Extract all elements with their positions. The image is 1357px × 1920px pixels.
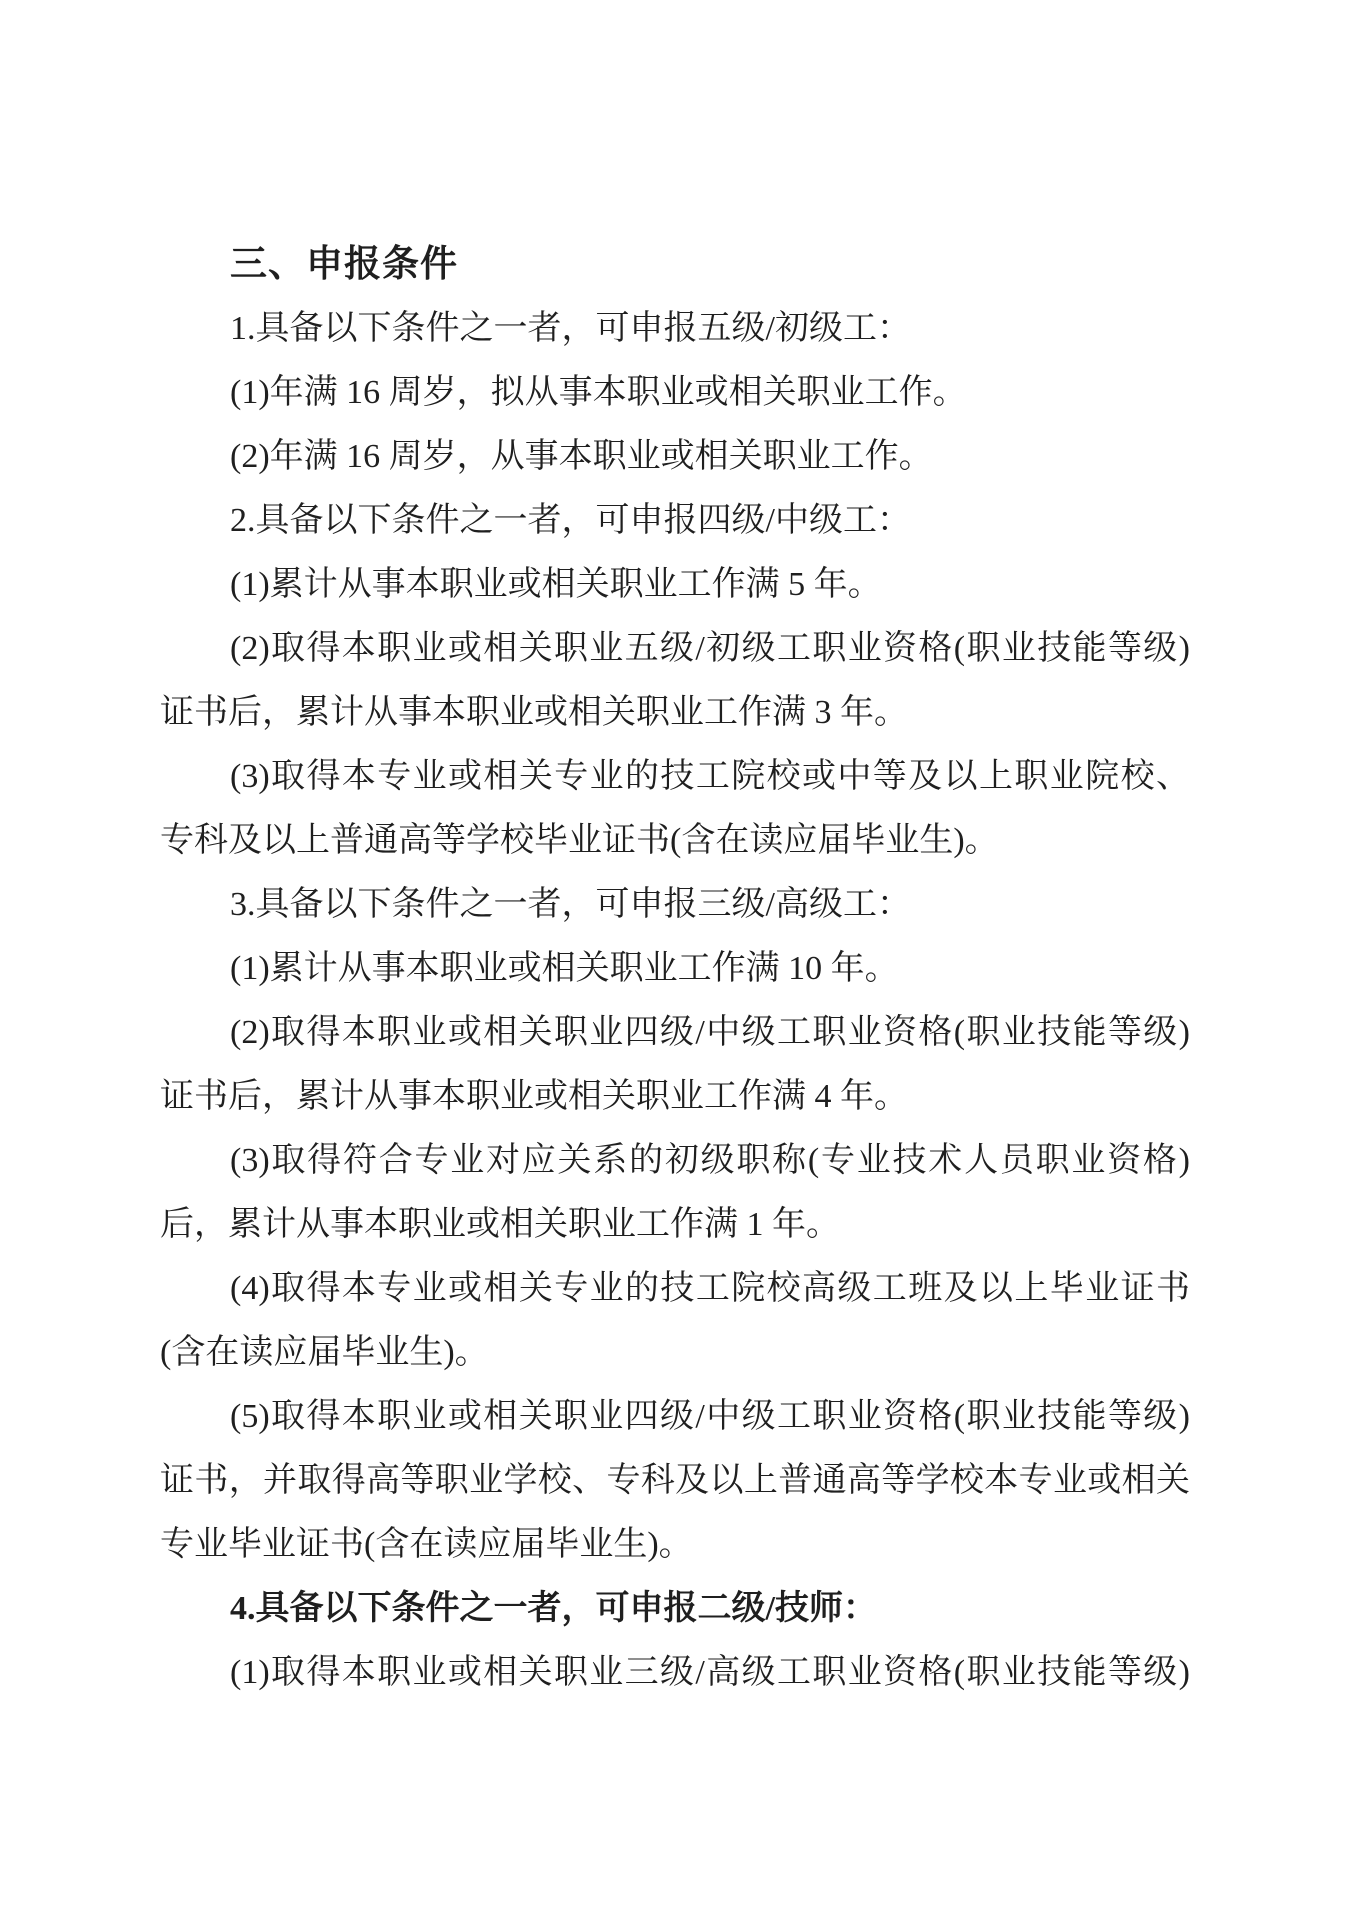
text-line: (2)取得本职业或相关职业五级/初级工职业资格(职业技能等级) [160,617,1190,681]
text-line: (2)取得本职业或相关职业四级/中级工职业资格(职业技能等级) [160,1001,1190,1065]
text-line: 1.具备以下条件之一者，可申报五级/初级工： [160,297,1190,361]
text-line: (3)取得本专业或相关专业的技工院校或中等及以上职业院校、 [160,745,1190,809]
text-line: (1)累计从事本职业或相关职业工作满 5 年。 [160,553,1190,617]
text-line: (1)累计从事本职业或相关职业工作满 10 年。 [160,937,1190,1001]
text-line: 后，累计从事本职业或相关职业工作满 1 年。 [160,1193,1190,1257]
text-line: (1)取得本职业或相关职业三级/高级工职业资格(职业技能等级) [160,1641,1190,1705]
text-line: 证书后，累计从事本职业或相关职业工作满 4 年。 [160,1065,1190,1129]
text-line: 3.具备以下条件之一者，可申报三级/高级工： [160,873,1190,937]
text-line: (1)年满 16 周岁，拟从事本职业或相关职业工作。 [160,361,1190,425]
text-block: 三、申报条件1.具备以下条件之一者，可申报五级/初级工：(1)年满 16 周岁，… [160,233,1190,1705]
text-line: 证书后，累计从事本职业或相关职业工作满 3 年。 [160,681,1190,745]
text-line: (含在读应届毕业生)。 [160,1321,1190,1385]
text-line: (4)取得本专业或相关专业的技工院校高级工班及以上毕业证书 [160,1257,1190,1321]
text-line: (2)年满 16 周岁，从事本职业或相关职业工作。 [160,425,1190,489]
text-line: 4.具备以下条件之一者，可申报二级/技师： [160,1577,1190,1641]
text-line: 专科及以上普通高等学校毕业证书(含在读应届毕业生)。 [160,809,1190,873]
document-page: 三、申报条件1.具备以下条件之一者，可申报五级/初级工：(1)年满 16 周岁，… [0,0,1357,1920]
text-line: 证书，并取得高等职业学校、专科及以上普通高等学校本专业或相关 [160,1449,1190,1513]
text-line: 专业毕业证书(含在读应届毕业生)。 [160,1513,1190,1577]
text-line: 三、申报条件 [160,233,1190,297]
text-line: (3)取得符合专业对应关系的初级职称(专业技术人员职业资格) [160,1129,1190,1193]
text-line: (5)取得本职业或相关职业四级/中级工职业资格(职业技能等级) [160,1385,1190,1449]
text-line: 2.具备以下条件之一者，可申报四级/中级工： [160,489,1190,553]
